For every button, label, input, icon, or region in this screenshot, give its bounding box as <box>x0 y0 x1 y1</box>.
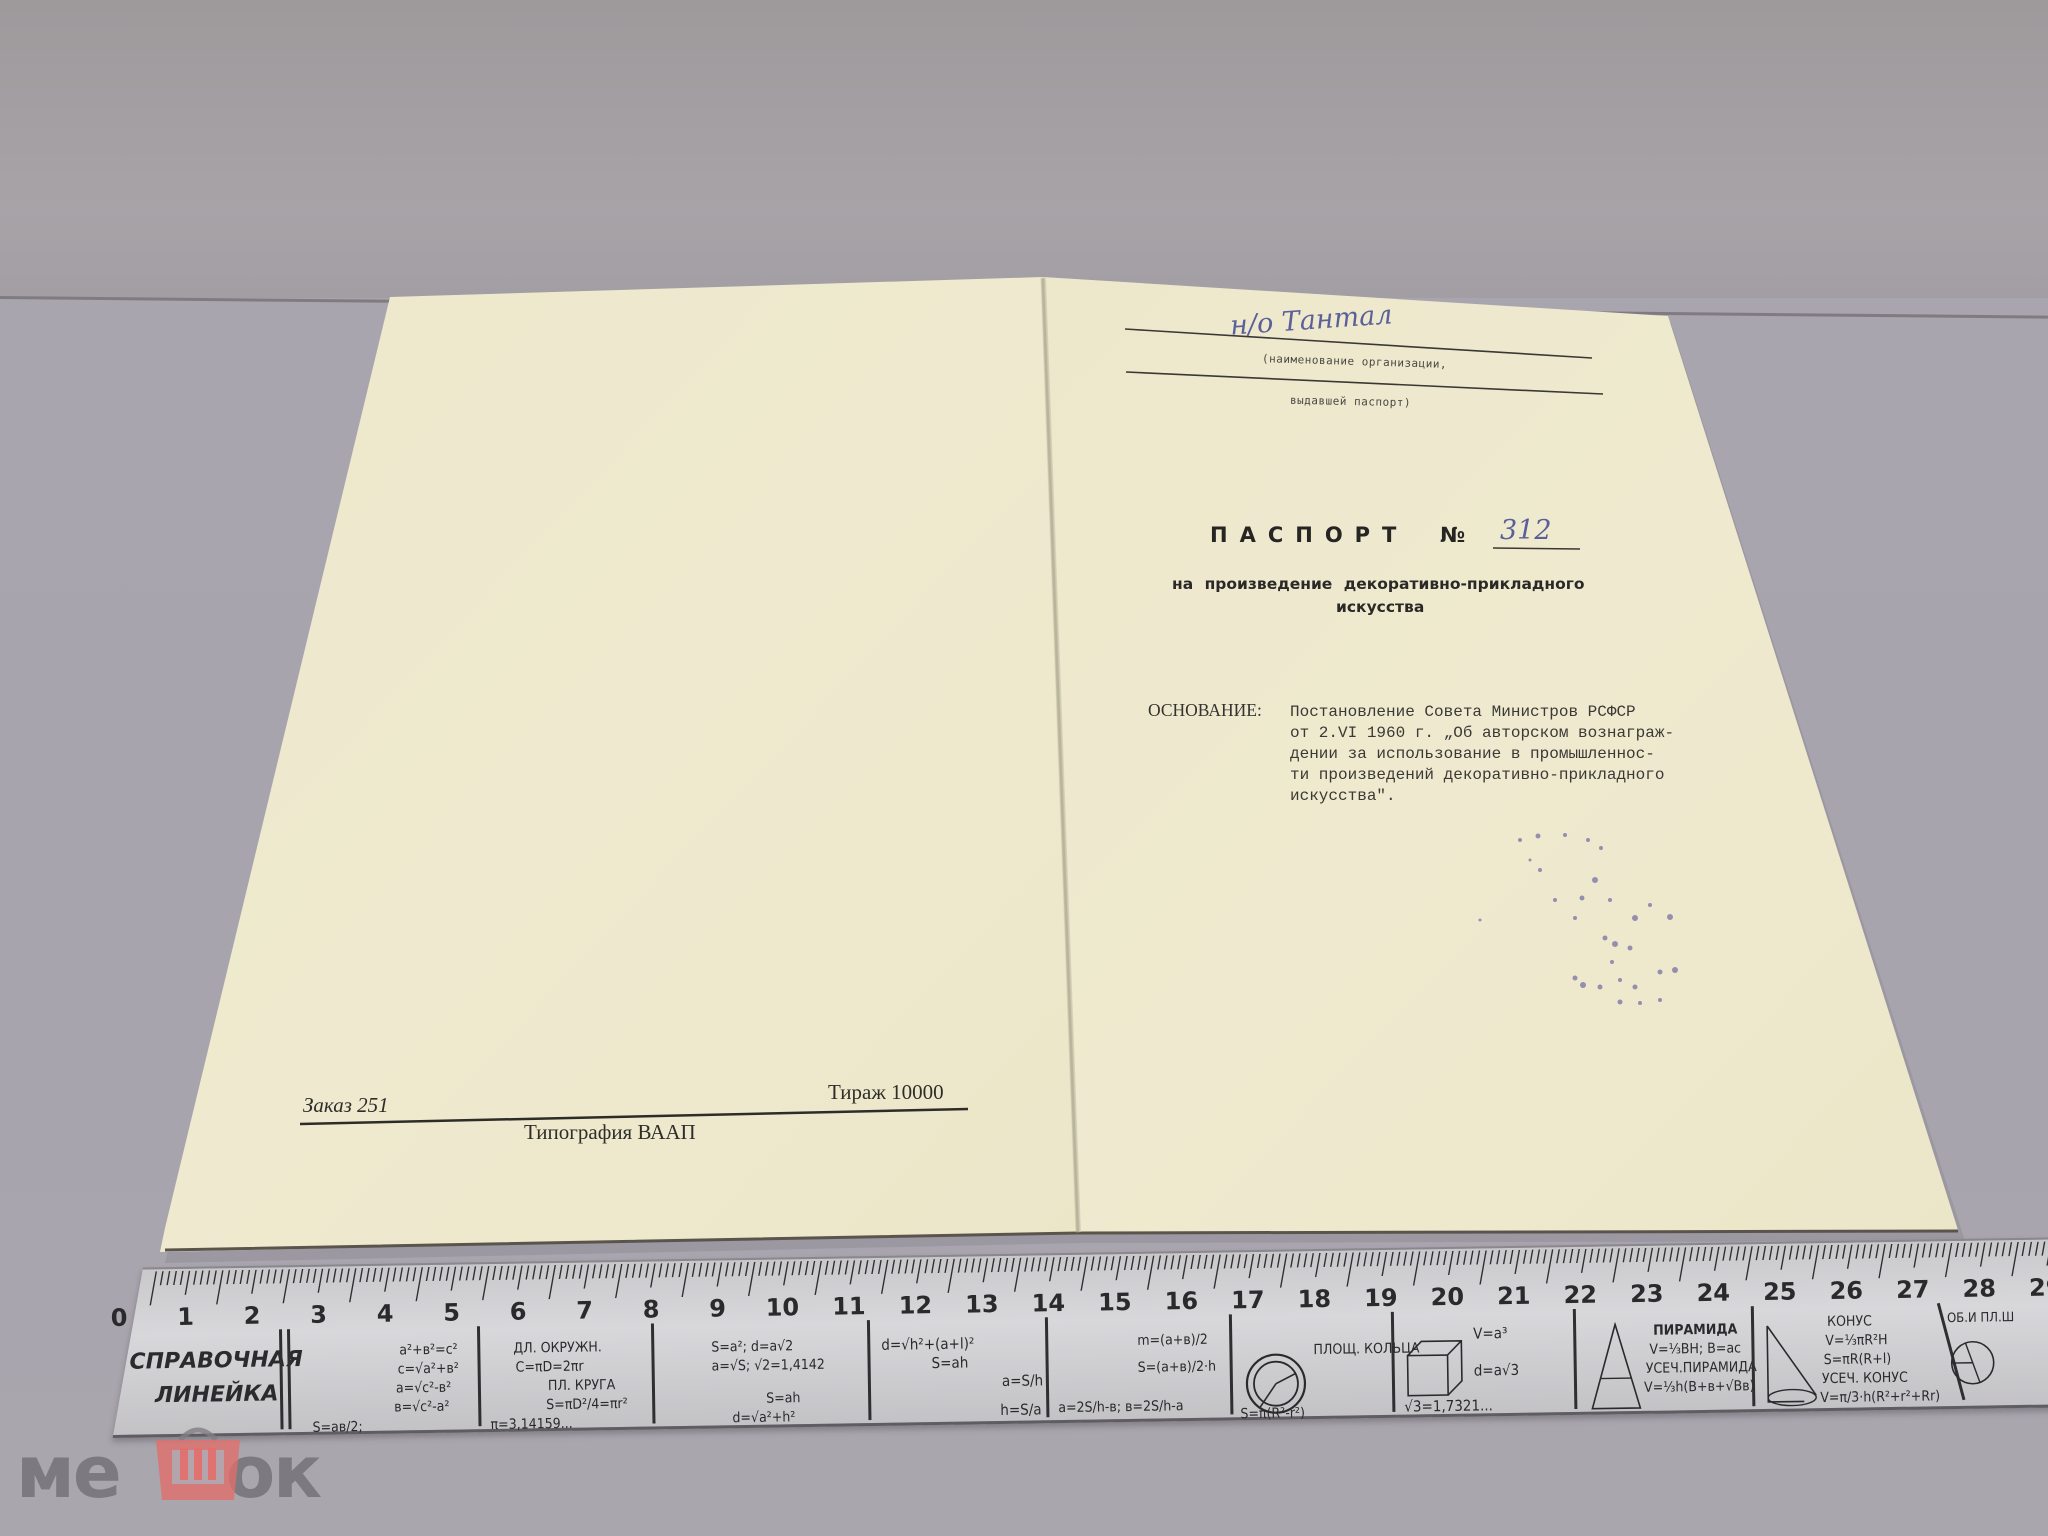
ruler-number: 20 <box>1430 1283 1464 1312</box>
triangle-formulas: a²+в²=c² c=√a²+в² a=√c²-в² в=√c²-a² S=ав… <box>311 1341 460 1438</box>
pyramid-formulas: ПИРАМИДА V=⅓BH; B=ac УСЕЧ.ПИРАМИДА V=⅓h(… <box>1585 1320 1757 1399</box>
ruler-number: 9 <box>709 1294 726 1322</box>
passport-title: ПАСПОРТ <box>1210 523 1408 547</box>
ruler-number: 21 <box>1497 1282 1531 1311</box>
shopping-bag-icon <box>150 1424 246 1504</box>
cube-formulas: V=a³ d=a√3 √3=1,7321... <box>1403 1324 1520 1417</box>
ruler-number: 11 <box>832 1292 866 1321</box>
ruler-title: СПРАВОЧНАЯ ЛИНЕЙКА <box>129 1343 303 1414</box>
ruler-number: 28 <box>1962 1274 1996 1303</box>
basis-line: Постановление Совета Министров РСФСР <box>1290 702 1674 723</box>
basis-line: дении за использование в промышленнос- <box>1290 744 1674 765</box>
ruler-number: 15 <box>1098 1288 1132 1317</box>
ruler-number: 4 <box>377 1300 394 1328</box>
ruler-number: 26 <box>1829 1276 1863 1305</box>
cone-formulas: КОНУС V=⅓πR²H S=πR(R+l) УСЕЧ. КОНУС V=π/… <box>1763 1311 1940 1409</box>
passport-number: 312 <box>1500 515 1552 546</box>
ruler-number: 3 <box>310 1301 327 1329</box>
ruler-number: 17 <box>1231 1286 1265 1315</box>
ruler-number: 23 <box>1630 1280 1664 1309</box>
org-caption-line2: выдавшей паспорт) <box>1290 394 1411 410</box>
basis-line: от 2.VI 1960 г. „Об авторском вознаграж- <box>1290 723 1674 744</box>
ruler-number: 10 <box>765 1293 799 1322</box>
ruler-number: 6 <box>510 1297 527 1325</box>
ruler-number: 16 <box>1164 1287 1198 1316</box>
basis-label: ОСНОВАНИЕ: <box>1148 700 1262 721</box>
reference-ruler: 0123456789101112131415161718192021222324… <box>110 1237 2048 1438</box>
trapezoid-formulas: m=(a+в)/2 S=(a+в)/2·h a=2S/h-в; в=2S/h-a <box>1057 1331 1217 1418</box>
ruler-title-line2: ЛИНЕЙКА <box>130 1377 304 1414</box>
ruler-number: 19 <box>1364 1284 1398 1313</box>
ruler-number: 2 <box>244 1302 261 1330</box>
parallelogram-formulas: d=√h²+(a+l)² S=ah a=S/h h=S/a <box>881 1333 1044 1422</box>
paper-left-page <box>160 277 1078 1252</box>
ruler-number: 0 <box>111 1304 128 1332</box>
cone-diagram-icon <box>1763 1321 1820 1412</box>
sphere-diagram-icon <box>1947 1337 1998 1388</box>
ruler-number: 1 <box>177 1303 194 1331</box>
sphere-formulas: ОБ.И ПЛ.Ш <box>1947 1308 2016 1394</box>
basis-line: искусства". <box>1290 786 1674 807</box>
ruler-number: 24 <box>1696 1279 1730 1308</box>
basis-line: ти произведений декоративно-прикладного <box>1290 765 1674 786</box>
printer-name: Типография ВААП <box>524 1120 696 1145</box>
ruler-number: 25 <box>1763 1278 1797 1307</box>
ruler-number: 14 <box>1031 1289 1065 1318</box>
ruler-number: 18 <box>1297 1285 1331 1314</box>
ruler-number: 22 <box>1563 1281 1597 1310</box>
circulation: Тираж 10000 <box>828 1080 944 1105</box>
subtitle-line1: на произведение декоративно-прикладного <box>1172 575 1585 593</box>
subtitle-line2: искусства <box>1336 598 1424 616</box>
ruler-number: 5 <box>443 1299 460 1327</box>
ruler-number: 13 <box>965 1290 999 1319</box>
circle-formulas: ДЛ. ОКРУЖН. C=πD=2πr ПЛ. КРУГА S=πD²/4=π… <box>489 1338 628 1435</box>
number-sign: № <box>1440 523 1465 547</box>
ruler-number: 27 <box>1896 1275 1930 1304</box>
ruler-number: 29 <box>2029 1273 2048 1302</box>
pyramid-diagram-icon <box>1585 1322 1646 1413</box>
order-number: Заказ 251 <box>303 1093 389 1118</box>
ruler-number: 8 <box>642 1295 659 1323</box>
ruler-title-line1: СПРАВОЧНАЯ <box>129 1343 303 1380</box>
cube-diagram-icon <box>1403 1337 1468 1402</box>
ruler-number: 12 <box>898 1291 932 1320</box>
ring-diagram-icon <box>1243 1351 1308 1416</box>
square-formulas: S=a²; d=a√2 a=√S; √2=1,4142 S=ah d=√a²+h… <box>711 1337 826 1429</box>
watermark-text-left: ме <box>16 1430 120 1514</box>
ruler-number: 7 <box>576 1296 593 1324</box>
basis-text: Постановление Совета Министров РСФСР от … <box>1290 702 1674 807</box>
